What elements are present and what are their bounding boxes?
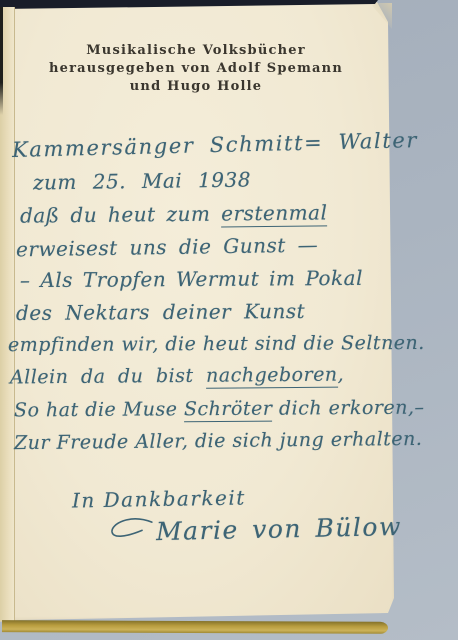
inscription-text: zum 25. Mai 1938: [33, 167, 251, 194]
underlined-word: nachgeboren: [206, 364, 338, 389]
inscription-line: Zur Freude Aller, die sich jung erhalten…: [14, 428, 423, 454]
inscription-text: erweisest uns die Gunst —: [16, 233, 319, 262]
inscription-line: Kammersänger Schmitt= Walter: [12, 128, 419, 162]
inscription-text: dich erkoren,–: [272, 397, 424, 420]
inscription-line: zum 25. Mai 1938: [33, 167, 251, 194]
underlined-word: erstenmal: [221, 200, 327, 227]
inscription-line: So hat die Muse Schröter dich erkoren,–: [14, 397, 425, 422]
inscription-line: Allein da du bist nachgeboren,: [10, 364, 344, 389]
inscription-text: ,: [338, 364, 345, 386]
inscription-text: So hat die Muse: [14, 398, 184, 421]
inscription-text: Allein da du bist: [10, 365, 206, 389]
underlined-word: Schröter: [184, 398, 273, 423]
inscription-text: des Nektars deiner Kunst: [16, 299, 305, 325]
inscription-line: daß du heut zum erstenmal: [20, 200, 328, 227]
inscription-line: empfinden wir, die heut sind die Seltnen…: [8, 332, 425, 356]
inscription-line: – Als Tropfen Wermut im Pokal: [20, 266, 363, 292]
inscription-text: Zur Freude Aller, die sich jung erhalten…: [14, 428, 423, 454]
signature-flourish-icon: [108, 515, 155, 548]
inscription-line: erweisest uns die Gunst —: [16, 233, 319, 262]
inscription-text: – Als Tropfen Wermut im Pokal: [20, 266, 363, 292]
inscription-line: des Nektars deiner Kunst: [16, 299, 305, 325]
inscription-closing: In Dankbarkeit: [72, 485, 246, 512]
inscription-text: empfinden wir, die heut sind die Seltnen…: [8, 332, 425, 356]
inscription-text: Kammersänger Schmitt= Walter: [12, 128, 419, 162]
signature: Marie von Bülow: [108, 510, 402, 548]
inscription-text: daß du heut zum: [20, 202, 221, 228]
signature-name: Marie von Bülow: [156, 511, 402, 545]
